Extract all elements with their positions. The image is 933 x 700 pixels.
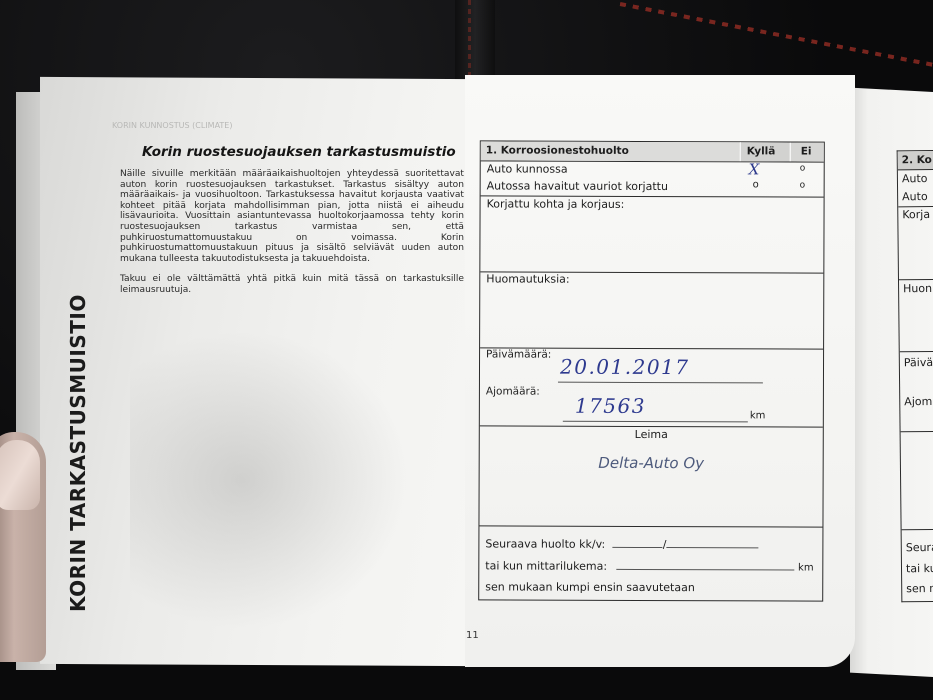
mileage-unit: km <box>750 410 766 421</box>
form-title: 2. Ko <box>898 151 933 171</box>
shadow <box>130 330 410 630</box>
or-mileage-label: tai kun mittarilukema: <box>485 559 607 572</box>
column-no: Ei <box>790 142 824 161</box>
or-mileage-row: tai kun mittarilukema: km <box>485 559 820 573</box>
notes-field[interactable] <box>480 287 823 346</box>
thumbnail-finger <box>0 440 40 510</box>
sidebar-title: KORIN TARKASTUSMUISTIO <box>66 294 90 612</box>
repair-label: Korjattu kohta ja korjaus: <box>487 197 625 210</box>
page-number: 11 <box>466 630 479 641</box>
seat-stitching-vertical <box>468 0 471 78</box>
divider <box>901 431 933 433</box>
date-underline <box>558 382 763 384</box>
next-service-label: Seuraava huolto kk/v: <box>485 537 605 550</box>
notes-label: Huomautuksia: <box>486 272 569 285</box>
date-label: Päivä <box>904 356 933 369</box>
check-row-car-ok: Auto kunnossa X o <box>481 161 824 179</box>
radio-yes[interactable]: o <box>753 179 759 190</box>
next-service-year-field[interactable] <box>666 547 758 548</box>
radio-no[interactable]: o <box>800 181 806 191</box>
divider <box>479 525 822 527</box>
notes-label: Huon <box>903 282 932 295</box>
or-mileage-unit: km <box>798 563 814 574</box>
form-title: 1. Korroosionestohuolto <box>481 141 740 161</box>
intro-paragraph: Näille sivuille merkitään määräaikaishuo… <box>120 169 464 264</box>
checkmark-icon[interactable]: X <box>749 160 760 178</box>
check-label: Auto kunnossa <box>487 162 568 175</box>
check-label: Auto <box>902 190 928 203</box>
check-row-damage-repaired: Autossa havaitut vauriot korjattu o o <box>481 178 824 196</box>
intro-text: Näille sivuille merkitään määräaikaishuo… <box>120 169 464 296</box>
divider <box>899 279 933 281</box>
next-service-month-field[interactable] <box>613 547 663 548</box>
or-mileage-field[interactable] <box>617 569 795 571</box>
inspection-form-2-partial: 2. Ko Auto Auto Korja Huon Päivä Ajom Se… <box>897 150 933 603</box>
mileage-underline <box>563 421 748 423</box>
mileage-value[interactable]: 17563 <box>575 394 646 418</box>
inspection-form-1: 1. Korroosionestohuolto Kyllä Ei Auto ku… <box>478 140 825 601</box>
stamp-label: Leima <box>480 427 823 441</box>
form-header: 1. Korroosionestohuolto Kyllä Ei <box>481 141 824 162</box>
or-mileage-label: tai ku <box>906 562 933 575</box>
mileage-label: Ajomäärä: <box>486 385 540 397</box>
dealer-stamp: Delta-Auto Oy <box>480 453 823 472</box>
seat-fold <box>455 0 495 80</box>
page-title: Korin ruostesuojauksen tarkastusmuistio <box>142 144 456 160</box>
faded-header-text: KORIN KUNNOSTUS (CLIMATE) <box>112 121 232 130</box>
whichever-first-text: sen m <box>906 582 933 595</box>
repair-label: Korja <box>902 208 930 221</box>
divider <box>902 529 933 531</box>
separator: / <box>663 538 667 551</box>
check-label: Autossa havaitut vauriot korjattu <box>487 179 668 193</box>
date-value[interactable]: 20.01.2017 <box>560 355 690 379</box>
whichever-first-text: sen mukaan kumpi ensin saavutetaan <box>485 580 695 594</box>
radio-no[interactable]: o <box>800 164 806 174</box>
date-label: Päivämäärä: <box>486 348 551 360</box>
mileage-label: Ajom <box>904 395 932 408</box>
repair-field[interactable] <box>480 211 823 272</box>
next-service-label: Seura <box>906 541 933 554</box>
check-label: Auto <box>902 172 928 185</box>
divider <box>900 351 933 353</box>
column-yes: Kyllä <box>740 142 790 161</box>
warranty-note: Takuu ei ole välttämättä yhtä pitkä kuin… <box>120 274 464 295</box>
next-service-row: Seuraava huolto kk/v: / <box>485 537 758 551</box>
